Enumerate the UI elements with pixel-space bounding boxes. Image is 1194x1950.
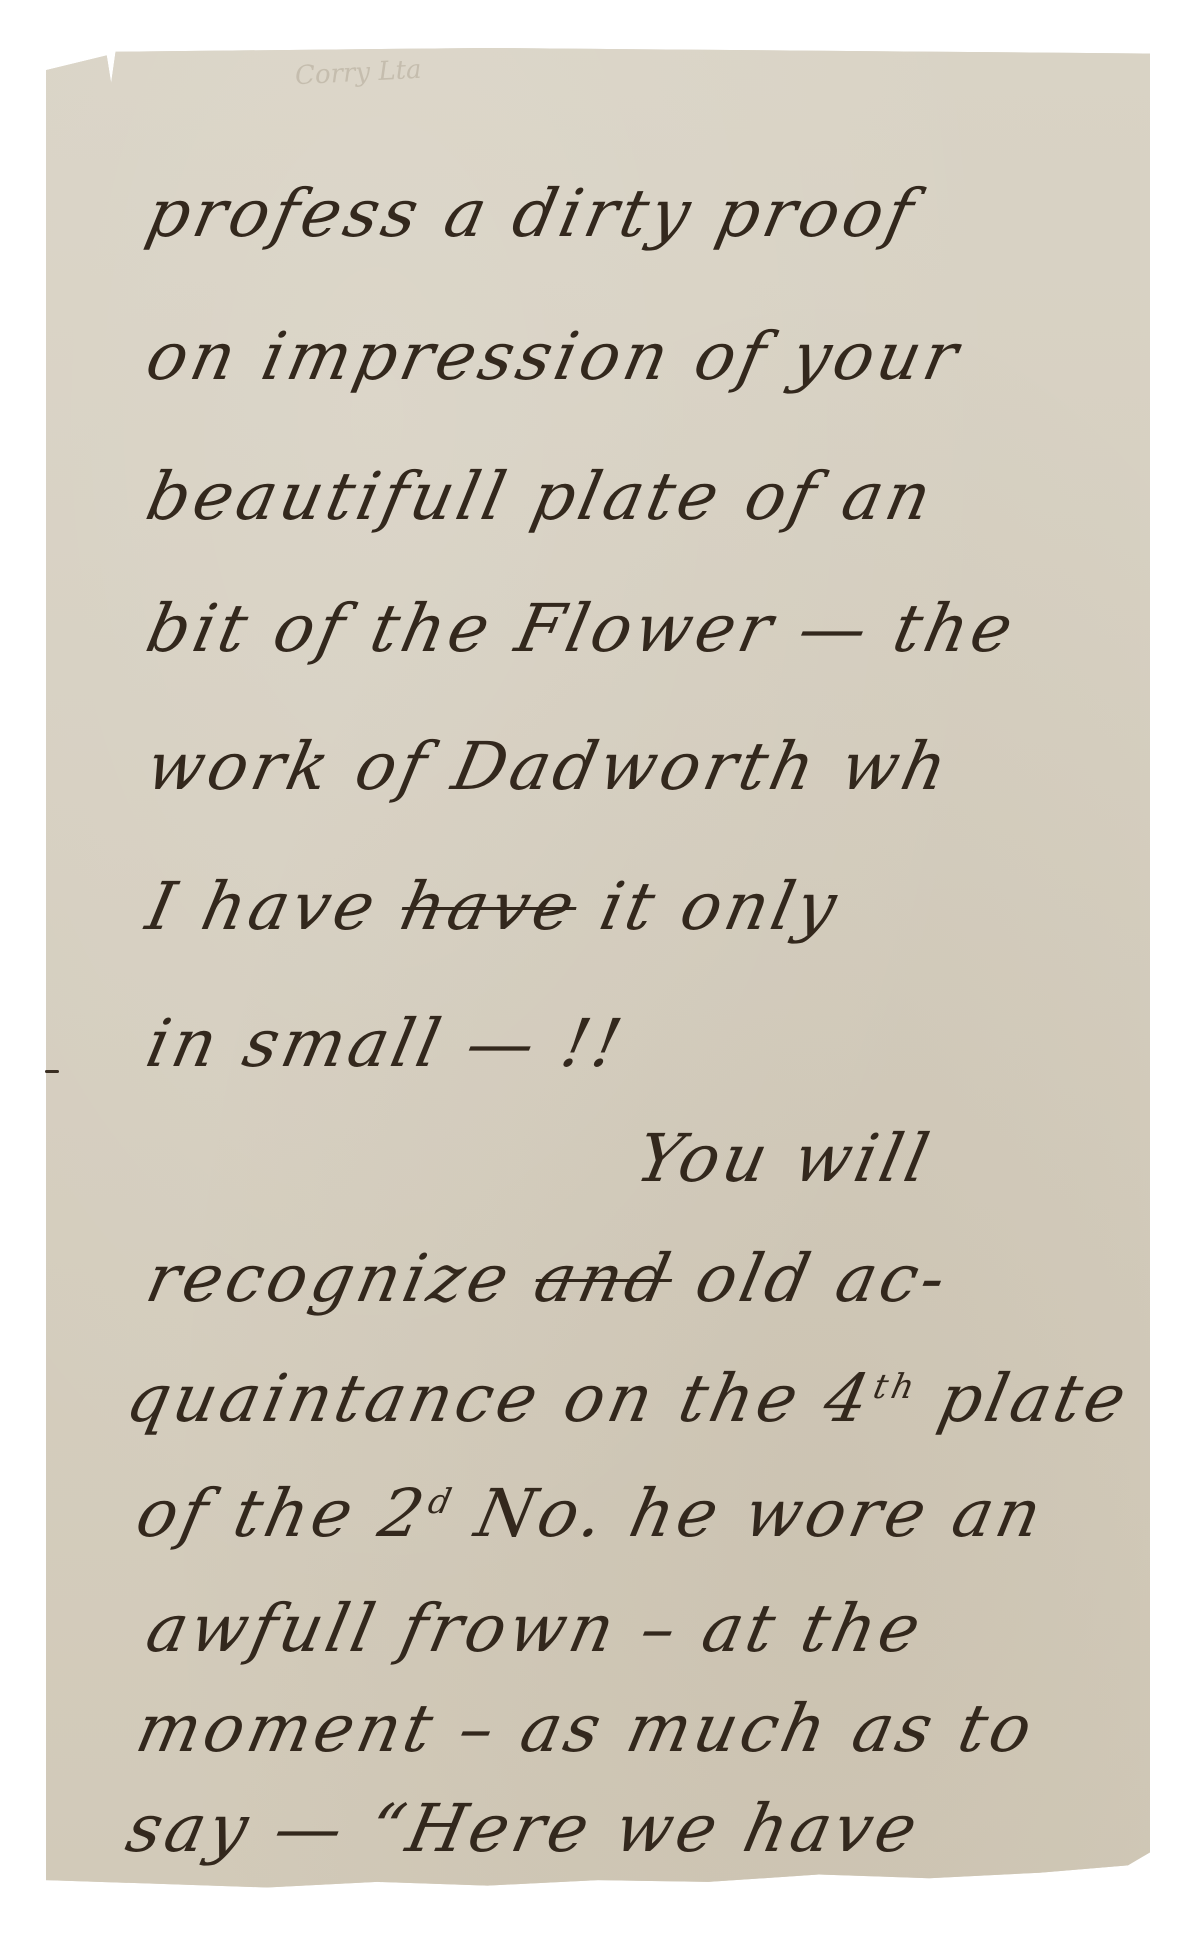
handwritten-line-12: awfull frown – at the [140, 1590, 931, 1667]
handwritten-line-3: beautifull plate of an [140, 458, 942, 535]
struck-word: and [528, 1240, 680, 1317]
margin-mark [45, 1070, 59, 1073]
line-10-end: plate [907, 1360, 1137, 1437]
handwritten-line-1: profess a dirty proof [140, 175, 924, 252]
handwritten-line-9: recognize and old ac- [140, 1240, 956, 1317]
handwritten-line-8: You will [630, 1120, 939, 1197]
handwritten-line-10: quaintance on the 4th plate [120, 1360, 1137, 1437]
line-6-end: it only [568, 868, 847, 945]
struck-word: have [394, 868, 585, 945]
handwritten-line-13: moment – as much as to [130, 1690, 1043, 1767]
line-11-start: of the 2 [130, 1475, 435, 1552]
handwritten-line-11: of the 2d No. he wore an [130, 1475, 1052, 1552]
handwritten-line-2: on impression of your [140, 318, 968, 395]
line-9-start: recognize [140, 1240, 544, 1317]
line-9-end: old ac- [664, 1240, 956, 1317]
handwritten-line-4: bit of the Flower — the [140, 590, 1023, 667]
handwritten-line-5: work of Dadworth wh [140, 728, 958, 805]
handwritten-line-6: I have have it only [140, 868, 847, 945]
handwritten-line-14: say — “Here we have [120, 1790, 928, 1867]
line-10-start: quaintance on the 4 [120, 1360, 880, 1437]
line-11-end: No. he wore an [444, 1475, 1052, 1552]
handwritten-line-7: in small — !! [140, 1005, 632, 1082]
line-6-start: I have [140, 868, 411, 945]
